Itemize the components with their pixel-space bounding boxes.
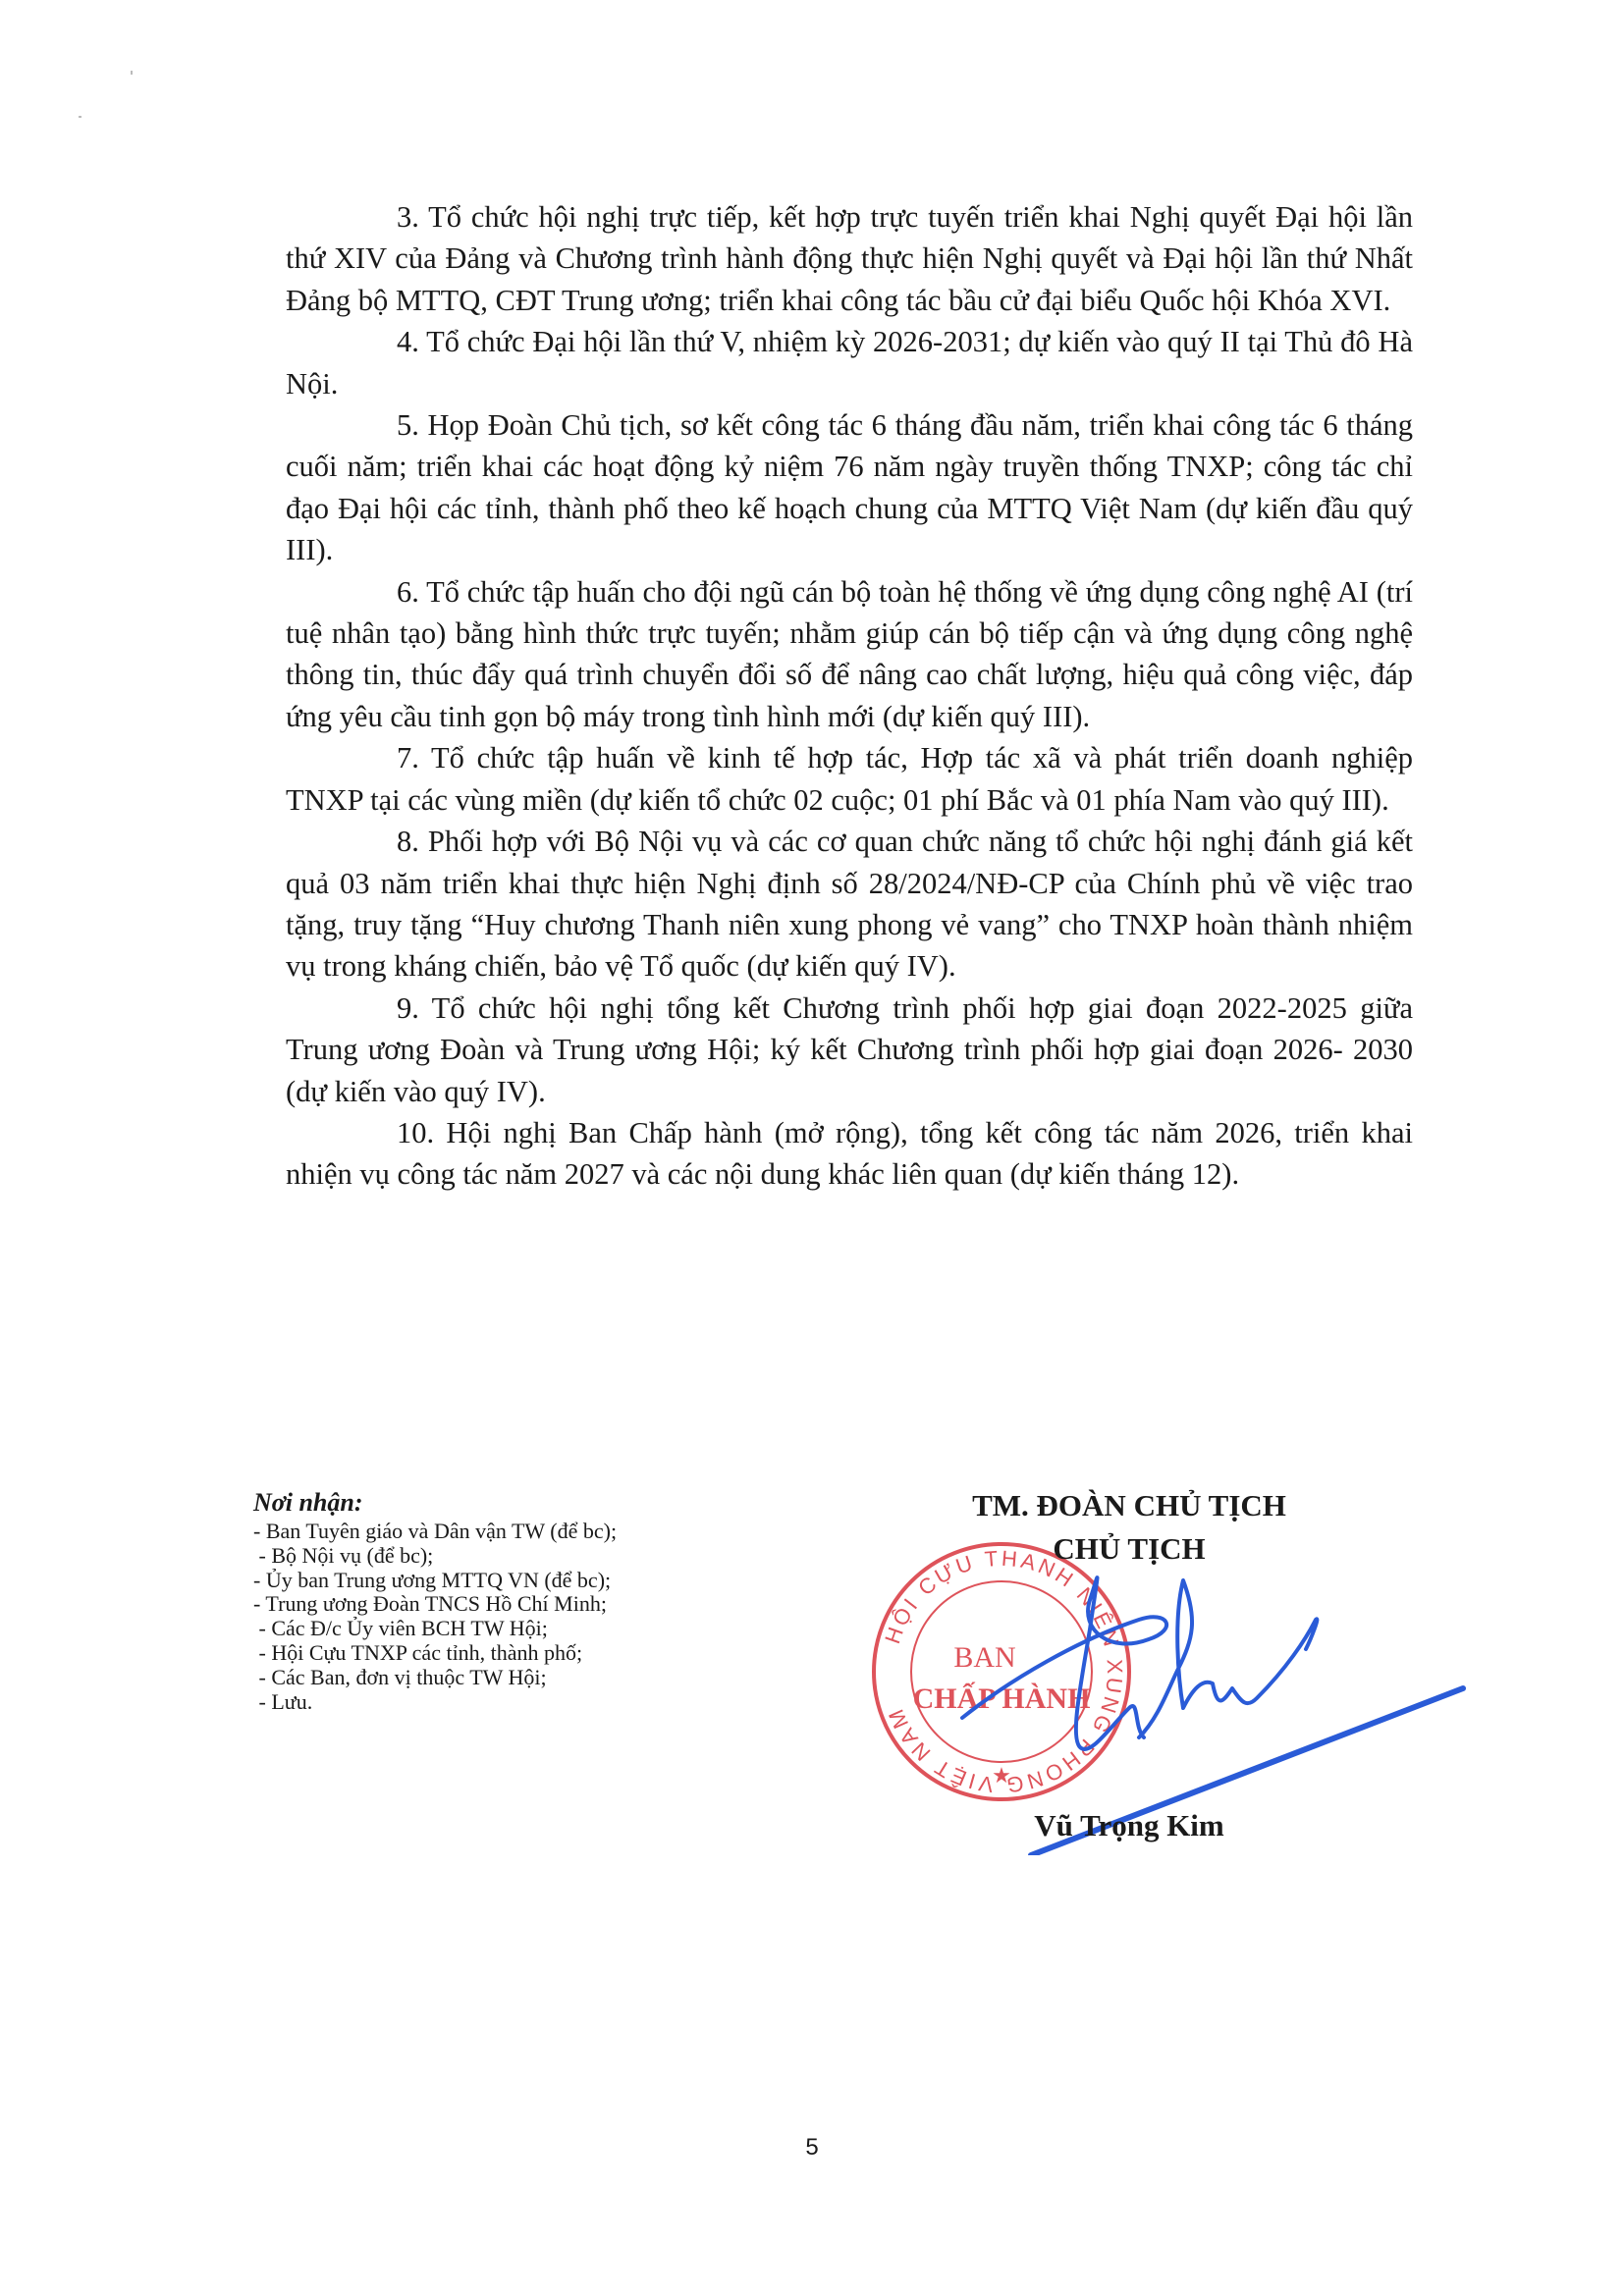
paragraph-item-8: 8. Phối hợp với Bộ Nội vụ và các cơ quan…	[286, 821, 1413, 988]
signatory-name: Vũ Trọng Kim	[854, 1808, 1404, 1843]
page-number: 5	[0, 2134, 1624, 2162]
paragraph-item-4: 4. Tổ chức Đại hội lần thứ V, nhiệm kỳ 2…	[286, 321, 1413, 404]
scan-speck	[79, 116, 81, 118]
recipients-block: Nơi nhận: - Ban Tuyên giáo và Dân vận TW…	[253, 1486, 803, 1714]
paragraph-item-5: 5. Họp Đoàn Chủ tịch, sơ kết công tác 6 …	[286, 404, 1413, 571]
handwritten-signature-icon	[933, 1522, 1483, 1855]
body-text: 3. Tổ chức hội nghị trực tiếp, kết hợp t…	[286, 196, 1413, 1196]
recipient-item: - Bộ Nội vụ (để bc);	[253, 1544, 803, 1569]
recipient-item: - Ủy ban Trung ương MTTQ VN (để bc);	[253, 1569, 803, 1593]
signatory-position: TM. ĐOÀN CHỦ TỊCH	[854, 1484, 1404, 1527]
paragraph-item-3: 3. Tổ chức hội nghị trực tiếp, kết hợp t…	[286, 196, 1413, 321]
paragraph-item-10: 10. Hội nghị Ban Chấp hành (mở rộng), tổ…	[286, 1112, 1413, 1196]
recipients-title: Nơi nhận:	[253, 1486, 803, 1520]
paragraph-item-9: 9. Tổ chức hội nghị tổng kết Chương trìn…	[286, 988, 1413, 1112]
recipient-item: - Trung ương Đoàn TNCS Hồ Chí Minh;	[253, 1592, 803, 1617]
recipient-item: - Các Ban, đơn vị thuộc TW Hội;	[253, 1666, 803, 1690]
recipient-item: - Hội Cựu TNXP các tỉnh, thành phố;	[253, 1641, 803, 1666]
recipient-item: - Các Đ/c Ủy viên BCH TW Hội;	[253, 1617, 803, 1641]
document-page: 3. Tổ chức hội nghị trực tiếp, kết hợp t…	[0, 0, 1624, 2296]
recipient-item: - Lưu.	[253, 1690, 803, 1715]
paragraph-item-6: 6. Tổ chức tập huấn cho đội ngũ cán bộ t…	[286, 571, 1413, 738]
recipient-item: - Ban Tuyên giáo và Dân vận TW (để bc);	[253, 1520, 803, 1544]
scan-speck	[131, 71, 133, 75]
paragraph-item-7: 7. Tổ chức tập huấn về kinh tế hợp tác, …	[286, 737, 1413, 821]
signatory-title: CHỦ TỊCH	[854, 1527, 1404, 1571]
signature-block: TM. ĐOÀN CHỦ TỊCH CHỦ TỊCH	[854, 1484, 1404, 1571]
